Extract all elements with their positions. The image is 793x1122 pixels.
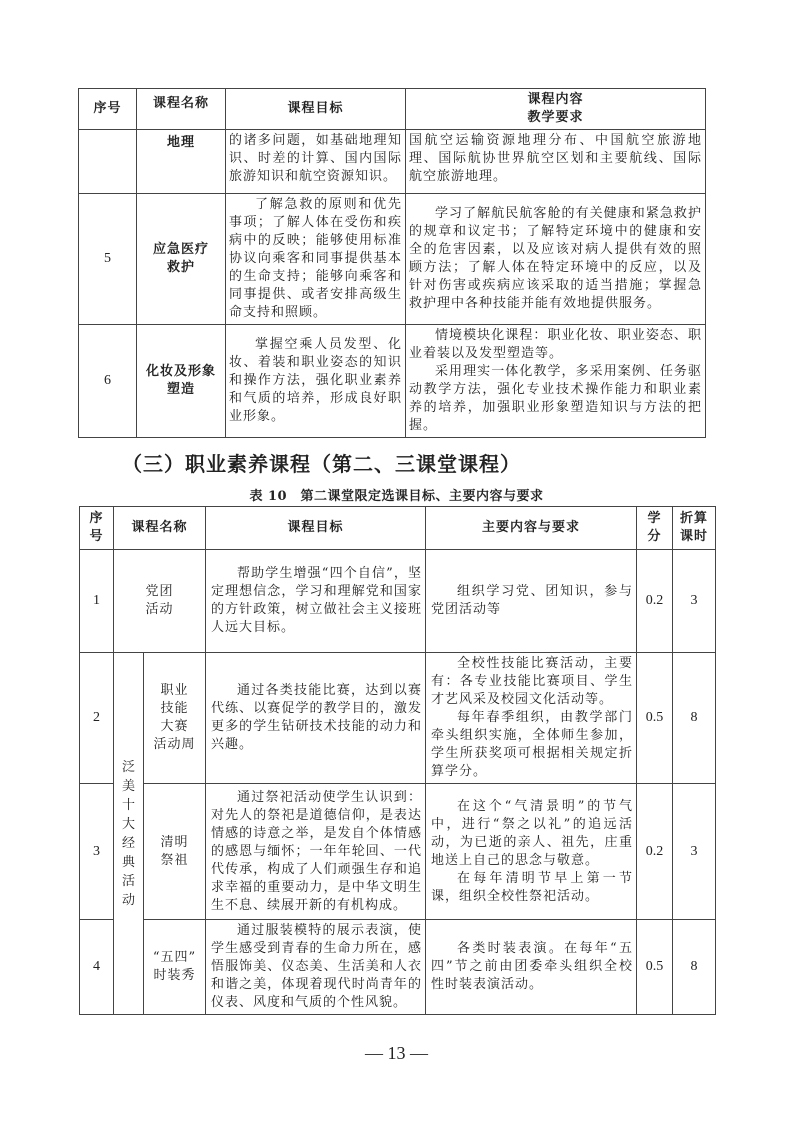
goal-paragraph: 通过各类技能比赛，达到以赛代练、以赛促学的教学目的，激发更多的学生钻研技术技能的… — [211, 682, 422, 754]
row-seq — [79, 130, 137, 194]
course-table-continued: 序号 课程名称 课程目标 课程内容 教学要求 地理 的诸多问题，如基础地理知识、… — [78, 88, 706, 438]
table-row: 4 “五四” 时装秀 通过服装模特的展示表演，使学生感受到青春的生命力所在，感悟… — [80, 920, 716, 1015]
table-row: 6 化妆及形象 塑造 掌握空乘人员发型、化妆、着装和职业姿态的知识和操作方法，强… — [79, 325, 706, 438]
row-course-name: “五四” 时装秀 — [144, 920, 206, 1015]
content-paragraph: 学习了解航民航客舱的有关健康和紧急救护的规章和议定书；了解特定环境中的健康和安全… — [409, 205, 702, 313]
row-course-goal: 帮助学生增强“四个自信”，坚定理想信念，学习和理解党和国家的方针政策，树立做社会… — [206, 550, 426, 653]
row-course-name: 清明 祭祖 — [144, 784, 206, 920]
table-row: 地理 的诸多问题，如基础地理知识、时差的计算、国内国际旅游知识和航空资源知识。 … — [79, 130, 706, 194]
content-paragraph: 在这个“气清景明”的节气中，进行“祭之以礼”的追远活动，为已逝的亲人、祖先，庄重… — [431, 798, 633, 870]
course-name-line: 时装秀 — [147, 967, 202, 985]
header-seq: 序 号 — [80, 507, 114, 550]
course-name-line: 活动 — [117, 601, 202, 619]
course-name-line: 活动周 — [147, 736, 202, 754]
row-course-content: 学习了解航民航客舱的有关健康和紧急救护的规章和议定书；了解特定环境中的健康和安全… — [406, 194, 706, 325]
header-hours-line: 课时 — [676, 528, 712, 546]
row-course-goal: 通过服装模特的展示表演，使学生感受到青春的生命力所在，感悟服饰美、仪态美、生活美… — [206, 920, 426, 1015]
course-name-line: 职业 — [147, 682, 202, 700]
row-credit: 0.5 — [637, 653, 673, 784]
section-heading: （三）职业素养课程（第二、三课堂课程） — [122, 448, 521, 477]
goal-paragraph: 的诸多问题，如基础地理知识、时差的计算、国内国际旅游知识和航空资源知识。 — [229, 132, 402, 186]
header-course-name: 课程名称 — [114, 507, 206, 550]
row-course-name: 应急医疗 救护 — [137, 194, 226, 325]
course-name-line: “五四” — [147, 949, 202, 967]
header-credit-line: 学 — [640, 510, 669, 528]
header-seq-line: 号 — [83, 528, 110, 546]
row-seq: 5 — [79, 194, 137, 325]
header-seq-line: 序 — [83, 510, 110, 528]
course-name-line: 祭祖 — [147, 852, 202, 870]
row-seq: 4 — [80, 920, 114, 1015]
header-hours-line: 折算 — [676, 510, 712, 528]
row-seq: 3 — [80, 784, 114, 920]
header-course-content: 课程内容 教学要求 — [406, 89, 706, 130]
goal-paragraph: 帮助学生增强“四个自信”，坚定理想信念，学习和理解党和国家的方针政策，树立做社会… — [211, 565, 422, 637]
table-caption: 表 10 第二课堂限定选课目标、主要内容与要求 — [0, 485, 793, 504]
table-header-row: 序号 课程名称 课程目标 课程内容 教学要求 — [79, 89, 706, 130]
row-course-goal: 通过祭祀活动使学生认识到：对先人的祭祀是道德信仰，是表达情感的诗意之举，是发自个… — [206, 784, 426, 920]
header-course-goal: 课程目标 — [226, 89, 406, 130]
row-course-name: 地理 — [137, 130, 226, 194]
row-hours: 8 — [673, 920, 716, 1015]
row-content: 全校性技能比赛活动，主要有：各专业技能比赛项目、学生才艺风采及校园文化活动等。 … — [426, 653, 637, 784]
course-name-line: 技能 — [147, 700, 202, 718]
row-content: 各类时装表演。在每年“五四”节之前由团委牵头组织全校性时装表演活动。 — [426, 920, 637, 1015]
row-hours: 8 — [673, 653, 716, 784]
header-course-name: 课程名称 — [137, 89, 226, 130]
content-paragraph: 国航空运输资源地理分布、中国航空旅游地理、国际航协世界航空区划和主要航线、国际航… — [409, 132, 702, 186]
course-name-line: 清明 — [147, 834, 202, 852]
content-paragraph: 组织学习党、团知识，参与党团活动等 — [431, 583, 633, 619]
row-content: 组织学习党、团知识，参与党团活动等 — [426, 550, 637, 653]
course-name-line: 大赛 — [147, 718, 202, 736]
row-hours: 3 — [673, 784, 716, 920]
row-credit: 0.2 — [637, 784, 673, 920]
group-label-cell: 泛美十大经典活动 — [114, 653, 144, 1015]
row-seq: 1 — [80, 550, 114, 653]
course-name-line: 塑造 — [140, 381, 222, 399]
row-course-content: 国航空运输资源地理分布、中国航空旅游地理、国际航协世界航空区划和主要航线、国际航… — [406, 130, 706, 194]
row-hours: 3 — [673, 550, 716, 653]
course-name-line: 党团 — [117, 583, 202, 601]
header-content-line1: 课程内容 — [409, 91, 702, 109]
goal-paragraph: 通过祭祀活动使学生认识到：对先人的祭祀是道德信仰，是表达情感的诗意之举，是发自个… — [211, 789, 422, 915]
row-credit: 0.2 — [637, 550, 673, 653]
row-seq: 2 — [80, 653, 114, 784]
table-10: 序 号 课程名称 课程目标 主要内容与要求 学 分 折算 课时 1 党团 活动 … — [79, 506, 716, 1015]
content-paragraph: 各类时装表演。在每年“五四”节之前由团委牵头组织全校性时装表演活动。 — [431, 940, 633, 994]
content-paragraph: 全校性技能比赛活动，主要有：各专业技能比赛项目、学生才艺风采及校园文化活动等。 — [431, 655, 633, 709]
row-course-name: 化妆及形象 塑造 — [137, 325, 226, 438]
header-seq: 序号 — [79, 89, 137, 130]
row-seq: 6 — [79, 325, 137, 438]
goal-paragraph: 掌握空乘人员发型、化妆、着装和职业姿态的知识和操作方法，强化职业素养和气质的培养… — [229, 336, 402, 426]
header-content: 主要内容与要求 — [426, 507, 637, 550]
row-course-goal: 掌握空乘人员发型、化妆、着装和职业姿态的知识和操作方法，强化职业素养和气质的培养… — [226, 325, 406, 438]
course-name-line: 救护 — [140, 259, 222, 277]
content-paragraph: 在每年清明节早上第一节课，组织全校性祭祀活动。 — [431, 870, 633, 906]
content-paragraph: 情境模块化课程：职业化妆、职业姿态、职业着装以及发型塑造等。 — [409, 327, 702, 363]
table-header-row: 序 号 课程名称 课程目标 主要内容与要求 学 分 折算 课时 — [80, 507, 716, 550]
row-course-goal: 的诸多问题，如基础地理知识、时差的计算、国内国际旅游知识和航空资源知识。 — [226, 130, 406, 194]
page-number: — 13 — — [0, 1043, 793, 1064]
row-course-name: 党团 活动 — [114, 550, 206, 653]
row-content: 在这个“气清景明”的节气中，进行“祭之以礼”的追远活动，为已逝的亲人、祖先，庄重… — [426, 784, 637, 920]
header-hours: 折算 课时 — [673, 507, 716, 550]
goal-paragraph: 通过服装模特的展示表演，使学生感受到青春的生命力所在，感悟服饰美、仪态美、生活美… — [211, 922, 422, 1012]
course-name-line: 应急医疗 — [140, 241, 222, 259]
course-name-line: 地理 — [140, 134, 222, 152]
row-course-name: 职业 技能 大赛 活动周 — [144, 653, 206, 784]
header-credit: 学 分 — [637, 507, 673, 550]
header-credit-line: 分 — [640, 528, 669, 546]
table-row: 1 党团 活动 帮助学生增强“四个自信”，坚定理想信念，学习和理解党和国家的方针… — [80, 550, 716, 653]
header-content-line2: 教学要求 — [409, 109, 702, 127]
goal-paragraph: 了解急救的原则和优先事项；了解人体在受伤和疾病中的反映；能够使用标准协议向乘客和… — [229, 196, 402, 322]
group-label: 泛美十大经典活动 — [121, 758, 135, 910]
table-row: 3 清明 祭祖 通过祭祀活动使学生认识到：对先人的祭祀是道德信仰，是表达情感的诗… — [80, 784, 716, 920]
header-course-goal: 课程目标 — [206, 507, 426, 550]
row-credit: 0.5 — [637, 920, 673, 1015]
table-row: 2 泛美十大经典活动 职业 技能 大赛 活动周 通过各类技能比赛，达到以赛代练、… — [80, 653, 716, 784]
row-course-content: 情境模块化课程：职业化妆、职业姿态、职业着装以及发型塑造等。 采用理实一体化教学… — [406, 325, 706, 438]
course-name-line: 化妆及形象 — [140, 363, 222, 381]
content-paragraph: 采用理实一体化教学，多采用案例、任务驱动教学方法，强化专业技术操作能力和职业素养… — [409, 363, 702, 435]
row-course-goal: 了解急救的原则和优先事项；了解人体在受伤和疾病中的反映；能够使用标准协议向乘客和… — [226, 194, 406, 325]
content-paragraph: 每年春季组织，由教学部门牵头组织实施，全体师生参加，学生所获奖项可根据相关规定折… — [431, 709, 633, 781]
table-row: 5 应急医疗 救护 了解急救的原则和优先事项；了解人体在受伤和疾病中的反映；能够… — [79, 194, 706, 325]
row-course-goal: 通过各类技能比赛，达到以赛代练、以赛促学的教学目的，激发更多的学生钻研技术技能的… — [206, 653, 426, 784]
